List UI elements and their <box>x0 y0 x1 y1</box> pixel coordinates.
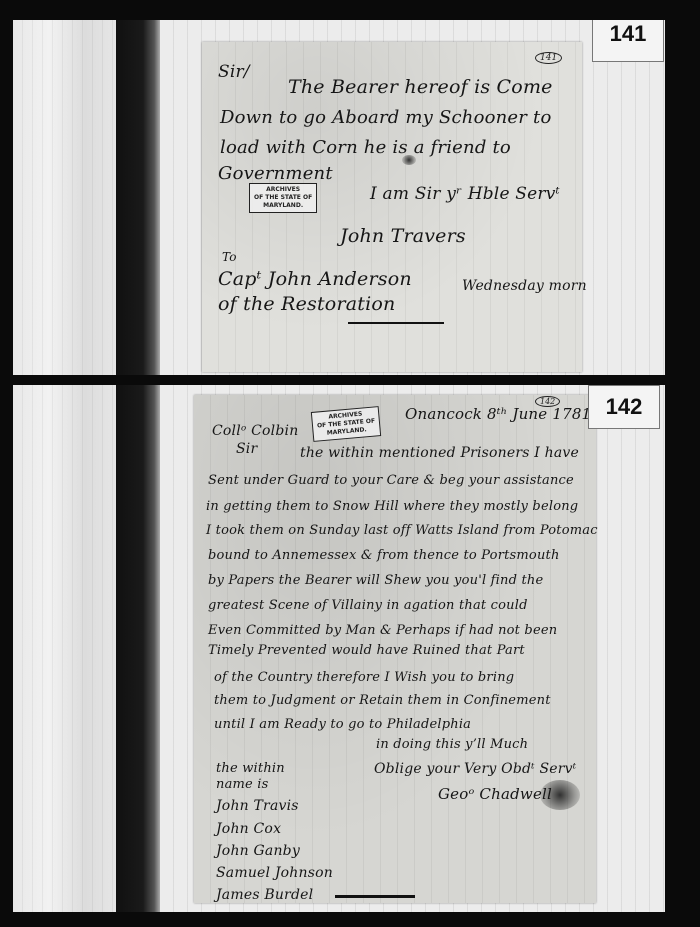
addressee-vessel: of the Restoration <box>218 293 395 315</box>
stamp-line: MARYLAND. <box>254 202 312 210</box>
struck-mark <box>335 895 415 898</box>
letter-line: Government <box>218 163 333 184</box>
binding-gutter <box>116 20 161 375</box>
folio-mark: 141 <box>535 52 562 64</box>
archives-stamp: ARCHIVES OF THE STATE OF MARYLAND. <box>311 406 382 442</box>
prisoner-name: John Cox <box>216 821 281 837</box>
list-header: the within name is <box>216 761 326 793</box>
salutation: Sir <box>236 441 257 457</box>
page-number-label: 142 <box>588 385 660 429</box>
letter-line: load with Corn he is a friend to <box>220 137 511 158</box>
letter-line: Sir/ <box>218 62 250 82</box>
film-edge <box>665 385 700 912</box>
body-line: in getting them to Snow Hill where they … <box>206 499 578 514</box>
salutation-name: Collᵒ Colbin <box>212 423 298 439</box>
stamp-line: ARCHIVES <box>254 186 312 194</box>
addressee: Capᵗ John Anderson <box>218 268 412 290</box>
binding-gutter <box>116 385 161 912</box>
letter-line: The Bearer hereof is Come <box>288 76 553 98</box>
prisoner-name: Samuel Johnson <box>216 865 333 881</box>
body-line: until I am Ready to go to Philadelphia <box>214 717 471 732</box>
adjacent-page-strip <box>13 385 116 912</box>
film-edge <box>665 20 700 375</box>
page-number-label: 141 <box>592 20 664 62</box>
archives-stamp: ARCHIVES OF THE STATE OF MARYLAND. <box>249 183 317 213</box>
signature: Geoᵒ Chadwell <box>438 785 552 803</box>
body-line: Timely Prevented would have Ruined that … <box>208 643 525 658</box>
address-to: To <box>222 250 237 264</box>
day-note: Wednesday morn <box>462 278 587 294</box>
prisoner-name: John Ganby <box>216 843 300 859</box>
underline <box>348 322 444 324</box>
letter-line: I am Sir yʳ Hble Servᵗ <box>370 184 560 204</box>
prisoner-name: John Travis <box>216 798 299 814</box>
ink-stain <box>540 780 580 810</box>
letter-line: Down to go Aboard my Schooner to <box>220 107 551 128</box>
closing: Oblige your Very Obdᵗ Servᵗ <box>374 761 576 777</box>
body-line: greatest Scene of Villainy in agation th… <box>208 598 528 613</box>
signature: John Travers <box>340 225 466 247</box>
stamp-line: OF THE STATE OF <box>254 194 312 202</box>
microfilm-frame-141: 141 141 Sir/ The Bearer hereof is Come D… <box>0 20 700 375</box>
body-line: the within mentioned Prisoners I have <box>300 445 579 461</box>
body-line: Even Committed by Man & Perhaps if had n… <box>208 623 557 638</box>
adjacent-page-strip <box>13 20 116 375</box>
ink-blot <box>402 155 416 165</box>
body-line: bound to Annemessex & from thence to Por… <box>208 548 560 563</box>
body-line: by Papers the Bearer will Shew you you'l… <box>208 573 543 588</box>
body-line: them to Judgment or Retain them in Confi… <box>214 693 551 708</box>
body-line: in doing this y’ll Much <box>376 737 528 752</box>
body-line: I took them on Sunday last off Watts Isl… <box>206 523 598 538</box>
dateline: Onancock 8ᵗʰ June 1781 <box>405 405 591 423</box>
body-line: Sent under Guard to your Care & beg your… <box>208 473 574 488</box>
prisoner-name: James Burdel <box>216 887 313 903</box>
body-line: of the Country therefore I Wish you to b… <box>214 670 514 685</box>
microfilm-frame-142: 142 142 ARCHIVES OF THE STATE OF MARYLAN… <box>0 385 700 912</box>
